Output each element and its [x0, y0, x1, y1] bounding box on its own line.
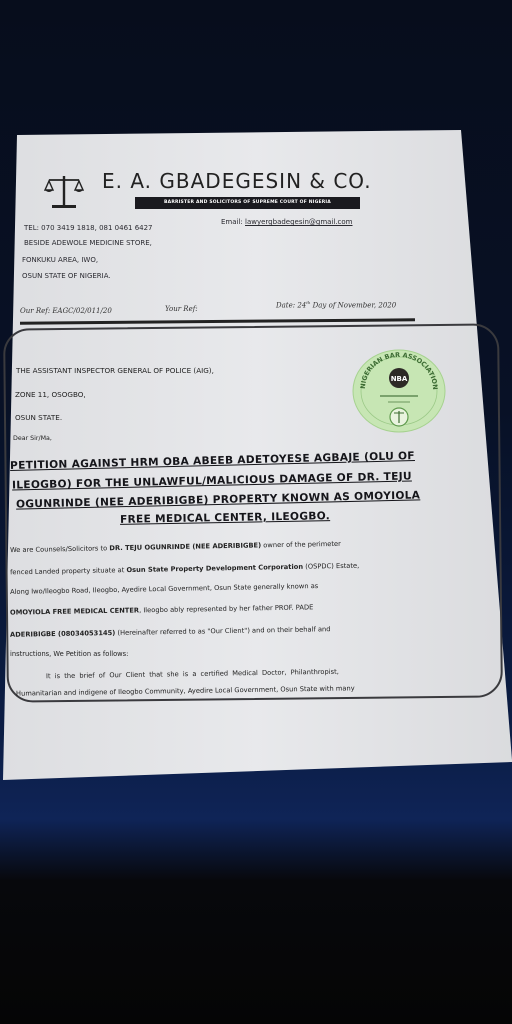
our-reference: Our Ref: EAGC/02/011/20: [20, 307, 112, 315]
svg-text:NBA: NBA: [391, 375, 408, 383]
recipient-line-2: ZONE 11, OSOGBO,: [15, 390, 86, 399]
email-label: Email:: [221, 218, 243, 226]
address-line-1: BESIDE ADEWOLE MEDICINE STORE,: [24, 239, 152, 247]
your-reference: Your Ref:: [165, 305, 198, 313]
nba-stamp-icon: NIGERIAN BAR ASSOCIATION NBA: [352, 349, 446, 433]
address-line-2: FONKUKU AREA, IWO,: [22, 256, 98, 264]
email-link[interactable]: lawyergbadegesin@gmail.com: [245, 218, 353, 226]
recipient-line-1: THE ASSISTANT INSPECTOR GENERAL OF POLIC…: [16, 366, 214, 375]
telephone-numbers: TEL: 070 3419 1818, 081 0461 6427: [24, 224, 153, 232]
scales-of-justice-icon: [44, 172, 84, 212]
letter-date: Date: 24th Day of November, 2020: [276, 300, 396, 309]
salutation: Dear Sir/Ma,: [13, 435, 52, 442]
firm-tagline-banner: BARRISTER AND SOLICITORS OF SUPREME COUR…: [135, 197, 360, 209]
address-line-3: OSUN STATE OF NIGERIA.: [22, 272, 111, 280]
recipient-line-3: OSUN STATE.: [15, 413, 62, 422]
firm-name: E. A. GBADEGESIN & CO.: [102, 169, 372, 193]
email-line: Email: lawyergbadegesin@gmail.com: [221, 218, 353, 226]
body-p1-line-6: instructions, We Petition as follows:: [10, 650, 128, 658]
